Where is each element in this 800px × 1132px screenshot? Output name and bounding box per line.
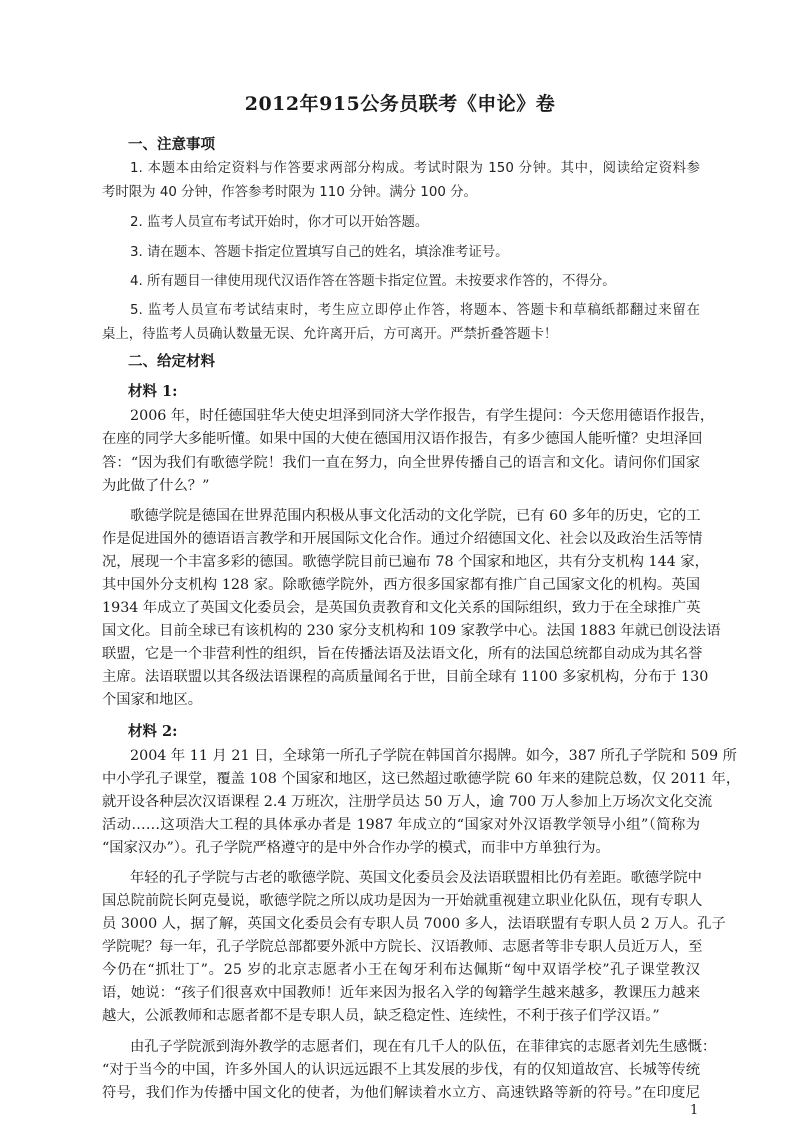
text-line: 2004 年 11 月 21 日，全球第一所孔子学院在韩国首尔揭牌。如今，387… <box>130 749 700 763</box>
page-number: 1 <box>690 1103 698 1118</box>
text-line: 员 3000 人，据了解，英国文化委员会有专职人员 7000 多人，法语联盟有专… <box>102 917 700 931</box>
text-line: 国文化。目前全球已有该机构的 230 家分支机构和 109 家教学中心。法国 1… <box>102 624 700 638</box>
text-line: 符号，我们作为传播中国文化的使者，为他们解读着水立方、高速铁路等新的符号。”在印… <box>102 1086 700 1100</box>
text-line: 越大，公派教师和志愿者都不是专职人员，缺乏稳定性、连续性，不利于孩子们学汉语。” <box>102 1009 700 1023</box>
text-line: 联盟，它是一个非营利性的组织，旨在传播法语及法语文化，所有的法国总统都自动成为其… <box>102 647 700 661</box>
text-line: 作是促进国外的德语语言教学和开展国际文化合作。通过介绍德国文化、社会以及政治生活… <box>102 532 700 546</box>
text-line: 其中国外分支机构 128 家。除歌德学院外，西方很多国家都有推广自己国家文化的机… <box>102 578 700 592</box>
text-line: 中小学孔子课堂，覆盖 108 个国家和地区，这已然超过歌德学院 60 年来的建院… <box>102 772 700 786</box>
text-line: 个国家和地区。 <box>102 693 700 707</box>
text-line: 为此做了什么？” <box>102 479 700 493</box>
document-title: 2012年915公务员联考《申论》卷 <box>0 89 800 116</box>
document-page: 2012年915公务员联考《申论》卷 一、注意事项 1. 本题本由给定资料与作答… <box>0 0 800 1132</box>
text-line: 2006 年，时任德国驻华大使史坦泽到同济大学作报告，有学生提问：今天您用德语作… <box>130 409 700 423</box>
material-1-label: 材料 1: <box>128 380 178 401</box>
section-heading-materials: 二、给定材料 <box>128 350 215 371</box>
note-item-3: 3. 请在题本、答题卡指定位置填写自己的姓名，填涂准考证号。 <box>130 246 700 259</box>
text-line: 在座的同学大多能听懂。如果中国的大使在德国用汉语作报告，有多少德国人能听懂？史坦… <box>102 432 700 446</box>
text-line: “对于当今的中国，许多外国人的认识远远跟不上其发展的步伐，有的仅知道故宫、长城等… <box>102 1063 700 1077</box>
note-item-2: 2. 监考人员宣布考试开始时，你才可以开始答题。 <box>130 216 700 229</box>
note-item-4: 4. 所有题目一律使用现代汉语作答在答题卡指定位置。未按要求作答的，不得分。 <box>130 275 700 288</box>
text-line: 国总院前院长阿克曼说，歌德学院之所以成功是因为一开始就重视建立职业化队伍，现有专… <box>102 894 700 908</box>
note-item-5-line-1: 5. 监考人员宣布考试结束时，考生应立即停止作答，将题本、答题卡和草稿纸都翻过来… <box>130 304 700 317</box>
text-line: 主席。法语联盟以其各级法语课程的高质量闻名于世，目前全球有 1100 多家机构，… <box>102 670 700 684</box>
text-line: 答：“因为我们有歌德学院！我们一直在努力，向全世界传播自己的语言和文化。请问你们… <box>102 456 700 470</box>
text-line: 由孔子学院派到海外教学的志愿者们，现在有几千人的队伍，在菲律宾的志愿者刘先生感慨… <box>130 1040 700 1054</box>
note-item-1-line-1: 1. 本题本由给定资料与作答要求两部分构成。考试时限为 150 分钟。其中，阅读… <box>130 162 700 175</box>
text-line: 今仍在“抓壮丁”。25 岁的北京志愿者小王在匈牙利布达佩斯“匈中双语学校”孔子课… <box>102 963 700 977</box>
section-heading-notes: 一、注意事项 <box>128 133 215 154</box>
text-line: 活动……这项浩大工程的具体承办者是 1987 年成立的“国家对外汉语教学领导小组… <box>102 818 700 832</box>
text-line: 1934 年成立了英国文化委员会，是英国负责教育和文化关系的国际组织，致力于在全… <box>102 601 700 615</box>
text-line: 况，展现一个丰富多彩的德国。歌德学院目前已遍布 78 个国家和地区，共有分支机构… <box>102 555 700 569</box>
text-line: 语，她说：“孩子们很喜欢中国教师！近年来因为报名入学的匈籍学生越来越多，教课压力… <box>102 986 700 1000</box>
text-line: 就开设各种层次汉语课程 2.4 万班次，注册学员达 50 万人，逾 700 万人… <box>102 795 700 809</box>
note-item-5-line-2: 桌上，待监考人员确认数量无误、允许离开后，方可离开。严禁折叠答题卡！ <box>102 328 700 341</box>
text-line: 学院呢？每一年，孔子学院总部都要外派中方院长、汉语教师、志愿者等非专职人员近万人… <box>102 940 700 954</box>
text-line: 年轻的孔子学院与古老的歌德学院、英国文化委员会及法语联盟相比仍有差距。歌德学院中 <box>130 871 700 885</box>
text-line: 歌德学院是德国在世界范围内积极从事文化活动的文化学院，已有 60 多年的历史，它… <box>130 509 700 523</box>
note-item-1-line-2: 考时限为 40 分钟，作答参考时限为 110 分钟。满分 100 分。 <box>102 186 700 199</box>
material-2-label: 材料 2: <box>128 720 178 741</box>
text-line: “国家汉办”）。孔子学院严格遵守的是中外合作办学的模式，而非中方单独行为。 <box>102 841 700 855</box>
